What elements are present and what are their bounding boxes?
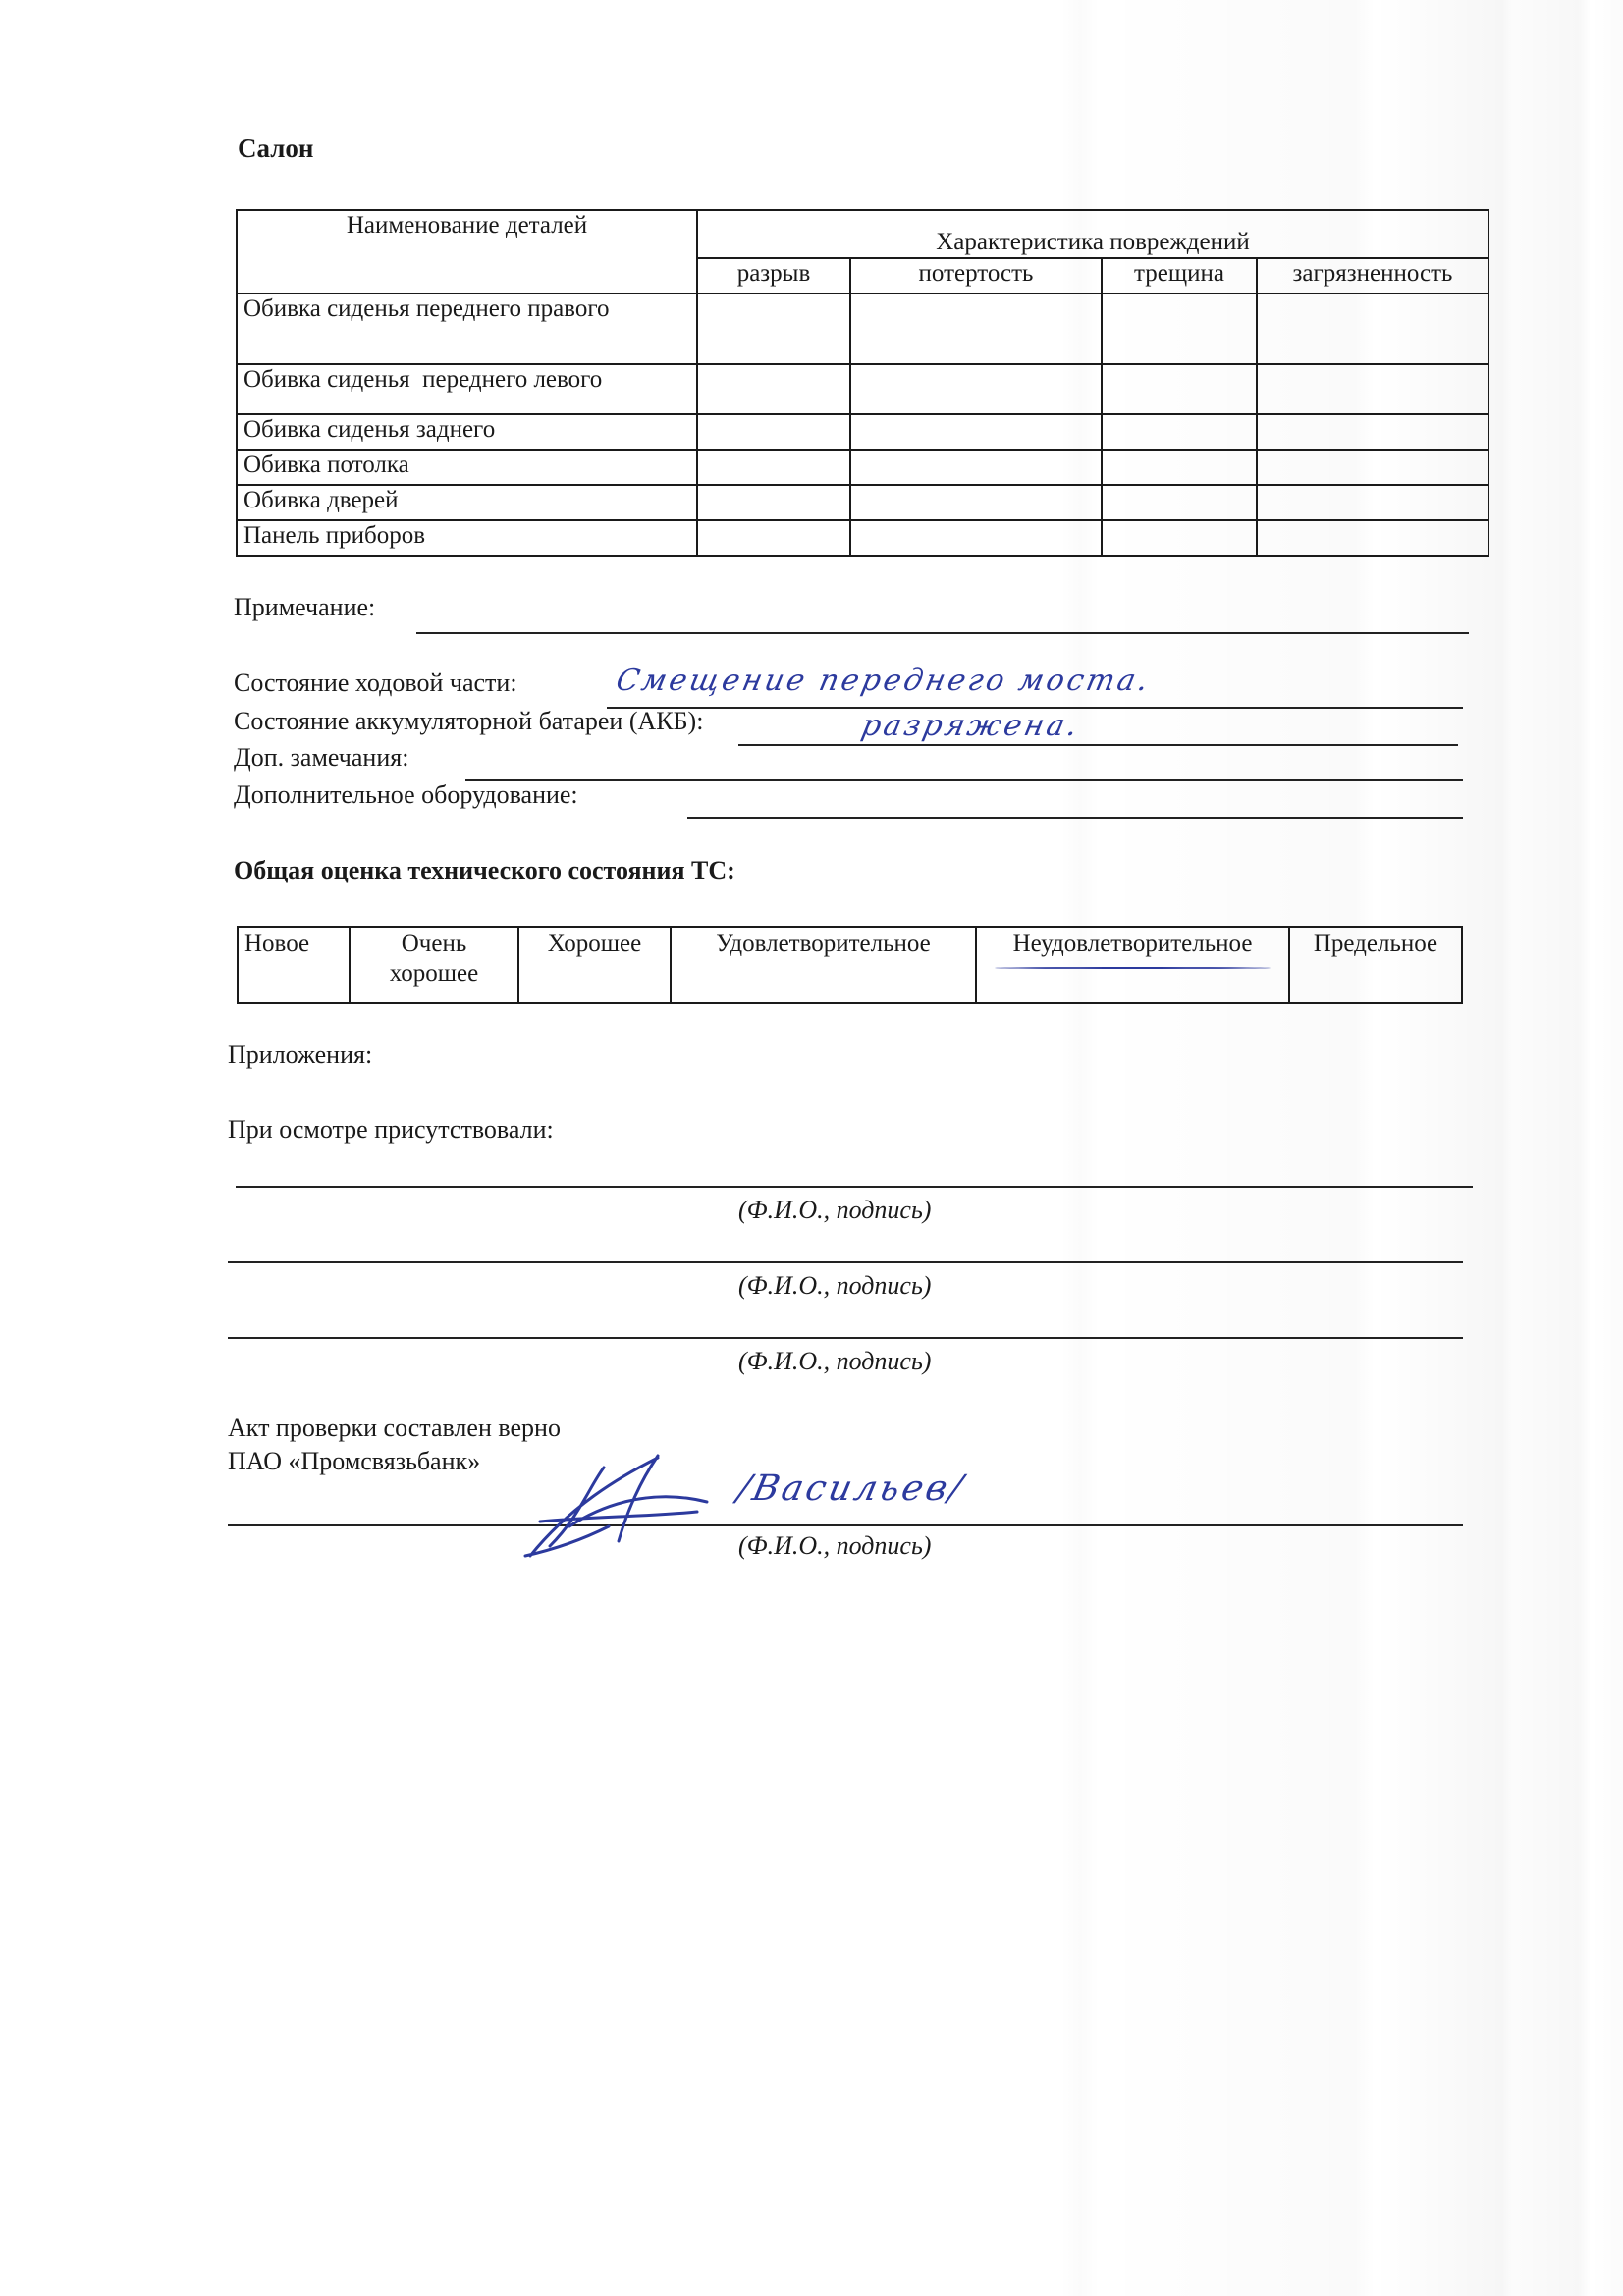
cell-tear[interactable] [697, 364, 850, 414]
option-label: Неудовлетворительное [1013, 931, 1253, 957]
option-very-good[interactable]: Очень хорошее [350, 927, 518, 1003]
present-signature-line-3[interactable] [228, 1337, 1463, 1339]
cell-crack[interactable] [1102, 450, 1257, 485]
assessment-title: Общая оценка технического состояния ТС: [234, 856, 735, 885]
option-new[interactable]: Новое [238, 927, 350, 1003]
table-row: Обивка сиденья заднего [237, 414, 1488, 450]
col-header-dirt: загрязненность [1257, 258, 1488, 294]
cell-wear[interactable] [850, 485, 1102, 520]
battery-label: Состояние аккумуляторной батареи (АКБ): [234, 707, 703, 736]
signature-name: /Васильев/ [734, 1468, 969, 1509]
closing-caption: (Ф.И.О., подпись) [738, 1531, 931, 1561]
present-caption-2: (Ф.И.О., подпись) [738, 1271, 931, 1301]
option-label: Предельное [1314, 931, 1437, 957]
table-row: Обивка сиденья переднего правого [237, 294, 1488, 364]
col-header-crack: трещина [1102, 258, 1257, 294]
cell-dirt[interactable] [1257, 414, 1488, 450]
chassis-value: Смещение переднего моста. [613, 664, 1154, 698]
cell-crack[interactable] [1102, 485, 1257, 520]
part-name: Панель приборов [237, 520, 697, 556]
col-header-part-name: Наименование деталей [237, 210, 697, 294]
battery-value: разряжена. [858, 709, 1083, 743]
present-signature-line-1[interactable] [236, 1186, 1473, 1188]
cell-crack[interactable] [1102, 520, 1257, 556]
closing-line-2: ПАО «Промсвязьбанк» [228, 1447, 480, 1476]
closing-signature-line[interactable] [228, 1524, 1463, 1526]
present-caption-3: (Ф.И.О., подпись) [738, 1347, 931, 1376]
cell-wear[interactable] [850, 294, 1102, 364]
attachments-label: Приложения: [228, 1041, 372, 1070]
table-row: Обивка дверей [237, 485, 1488, 520]
chassis-label: Состояние ходовой части: [234, 668, 517, 698]
note-field[interactable] [416, 632, 1469, 634]
note-label: Примечание: [234, 593, 375, 622]
option-limit[interactable]: Предельное [1289, 927, 1462, 1003]
part-name: Обивка сиденья переднего левого [237, 364, 697, 414]
option-label: Очень хорошее [390, 931, 479, 987]
section-title-salon: Салон [238, 133, 313, 164]
table-row: Обивка сиденья переднего левого [237, 364, 1488, 414]
cell-wear[interactable] [850, 520, 1102, 556]
option-label: Новое [244, 931, 309, 957]
option-unsatisfactory[interactable]: Неудовлетворительное [976, 927, 1289, 1003]
extra-equipment-field[interactable] [687, 817, 1463, 819]
option-label: Хорошее [548, 931, 641, 957]
cell-crack[interactable] [1102, 364, 1257, 414]
cell-dirt[interactable] [1257, 294, 1488, 364]
present-caption-1: (Ф.И.О., подпись) [738, 1196, 931, 1225]
cell-wear[interactable] [850, 450, 1102, 485]
battery-field[interactable] [738, 744, 1458, 746]
cell-crack[interactable] [1102, 414, 1257, 450]
closing-line-1: Акт проверки составлен верно [228, 1414, 561, 1443]
cell-dirt[interactable] [1257, 364, 1488, 414]
cell-wear[interactable] [850, 414, 1102, 450]
extra-notes-label: Доп. замечания: [234, 743, 408, 773]
cell-tear[interactable] [697, 294, 850, 364]
cell-dirt[interactable] [1257, 485, 1488, 520]
present-signature-line-2[interactable] [228, 1261, 1463, 1263]
cell-wear[interactable] [850, 364, 1102, 414]
option-label: Удовлетворительное [716, 931, 931, 957]
present-label: При осмотре присутствовали: [228, 1115, 554, 1145]
part-name: Обивка дверей [237, 485, 697, 520]
cell-tear[interactable] [697, 520, 850, 556]
col-header-tear: разрыв [697, 258, 850, 294]
cell-tear[interactable] [697, 414, 850, 450]
damage-table: Наименование деталей Характеристика повр… [236, 209, 1489, 557]
assessment-table: Новое Очень хорошее Хорошее Удовлетворит… [237, 926, 1463, 1004]
extra-notes-field[interactable] [465, 779, 1463, 781]
col-header-wear: потертость [850, 258, 1102, 294]
cell-dirt[interactable] [1257, 450, 1488, 485]
cell-tear[interactable] [697, 450, 850, 485]
cell-crack[interactable] [1102, 294, 1257, 364]
option-satisfactory[interactable]: Удовлетворительное [671, 927, 976, 1003]
cell-dirt[interactable] [1257, 520, 1488, 556]
cell-tear[interactable] [697, 485, 850, 520]
selection-underline-mark [995, 967, 1271, 969]
part-name: Обивка сиденья переднего правого [237, 294, 697, 364]
col-group-damage: Характеристика повреждений [697, 210, 1488, 258]
signature-scribble-icon [511, 1448, 727, 1566]
part-name: Обивка сиденья заднего [237, 414, 697, 450]
table-row: Панель приборов [237, 520, 1488, 556]
extra-equipment-label: Дополнительное оборудование: [234, 780, 578, 810]
table-row: Обивка потолка [237, 450, 1488, 485]
part-name: Обивка потолка [237, 450, 697, 485]
option-good[interactable]: Хорошее [518, 927, 671, 1003]
